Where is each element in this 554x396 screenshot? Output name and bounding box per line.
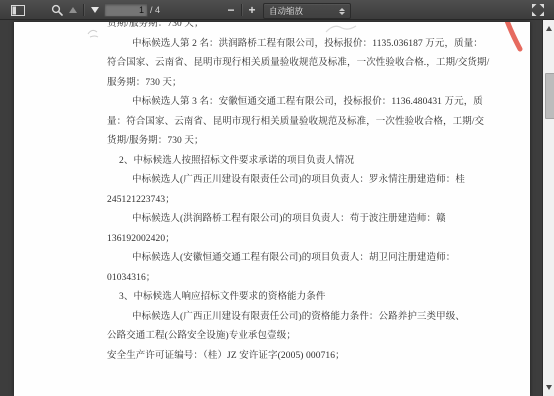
document-text-line: 中标候选人(广西正川建设有限责任公司)的资格能力条件：公路养护三类甲级、 (107, 308, 485, 328)
document-text-line: 货期/服务期：730 天； (107, 132, 485, 152)
document-text-line: 中标候选人第 3 名：安徽恒通交通工程有限公司，投标报价：1136.480431… (107, 93, 485, 113)
vertical-scrollbar[interactable] (542, 20, 554, 396)
viewer-container: 货期/服务期：730 天；中标候选人第 2 名：洪润路桥工程有限公司，投标报价：… (0, 20, 554, 396)
zoom-scale-value: 自动缩放 (264, 5, 339, 17)
zoom-scale-select[interactable]: 自动缩放 (263, 3, 351, 19)
document-text-line: 2、中标候选人按照招标文件要求承诺的项目负责人情况 (107, 152, 485, 172)
scroll-up-button[interactable] (543, 21, 554, 36)
chevron-updown-icon (339, 8, 345, 15)
viewer-toolbar: / 4 − + 自动缩放 (0, 0, 554, 20)
pdf-page: 货期/服务期：730 天；中标候选人第 2 名：洪润路桥工程有限公司，投标报价：… (14, 22, 530, 396)
next-page-button[interactable] (86, 2, 104, 18)
fullscreen-expand-icon (532, 4, 544, 16)
document-text-line: 服务期：730 天； (107, 74, 485, 94)
document-text-line: 公路交通工程(公路安全设施)专业承包壹级； (107, 327, 485, 347)
document-text-line: 3、中标候选人响应招标文件要求的资格能力条件 (107, 288, 485, 308)
toolbar-separator (241, 4, 242, 16)
zoom-out-button[interactable]: − (223, 2, 239, 18)
presentation-mode-button[interactable] (528, 2, 548, 18)
search-icon (51, 4, 63, 16)
document-text-line: 中标候选人(广西正川建设有限责任公司)的项目负责人：罗永情注册建造师：桂 (107, 171, 485, 191)
scrollbar-thumb[interactable] (545, 73, 554, 119)
document-text-line: 中标候选人第 2 名：洪润路桥工程有限公司，投标报价：1135.036187 万… (107, 35, 485, 55)
scroll-down-arrow-icon (546, 385, 552, 390)
sidebar-toggle-button[interactable] (8, 2, 28, 18)
sidebar-icon (11, 5, 25, 16)
document-text-line: 货期/服务期：730 天； (107, 22, 485, 35)
arrow-up-icon (69, 7, 77, 13)
document-text-line: 01034316； (107, 269, 485, 289)
document-text-line: 量：符合国家、云南省、昆明市现行相关质量验收规范及标准，一次性验收合格，工期/交 (107, 113, 485, 133)
pdf-viewer: { "toolbar": { "page": { "value": "1", "… (0, 0, 554, 396)
document-text-line: 245121223743； (107, 191, 485, 211)
document-text: 货期/服务期：730 天；中标候选人第 2 名：洪润路桥工程有限公司，投标报价：… (14, 22, 530, 366)
document-text-line: 符合国家、云南省、昆明市现行相关质量验收规范及标准，一次性验收合格.，工期/交货… (107, 54, 485, 74)
arrow-down-icon (91, 7, 99, 13)
document-text-line: 中标候选人(安徽恒通交通工程有限公司)的项目负责人：胡卫冋注册建造师： (107, 249, 485, 269)
page-count-label: / 4 (150, 0, 160, 20)
document-text-line: 安全生产许可证编号：（桂）JZ 安许证字(2005) 000716； (107, 347, 485, 367)
document-text-line: 中标候选人(洪润路桥工程有限公司)的项目负责人：苟于波注册建造师：赣 (107, 210, 485, 230)
scroll-up-arrow-icon (546, 26, 552, 31)
previous-page-button[interactable] (64, 2, 82, 18)
page-number-input[interactable] (104, 3, 148, 17)
document-text-line: 136192002420； (107, 230, 485, 250)
zoom-in-button[interactable]: + (244, 2, 260, 18)
toolbar-separator (83, 4, 84, 16)
scroll-down-button[interactable] (543, 380, 554, 395)
